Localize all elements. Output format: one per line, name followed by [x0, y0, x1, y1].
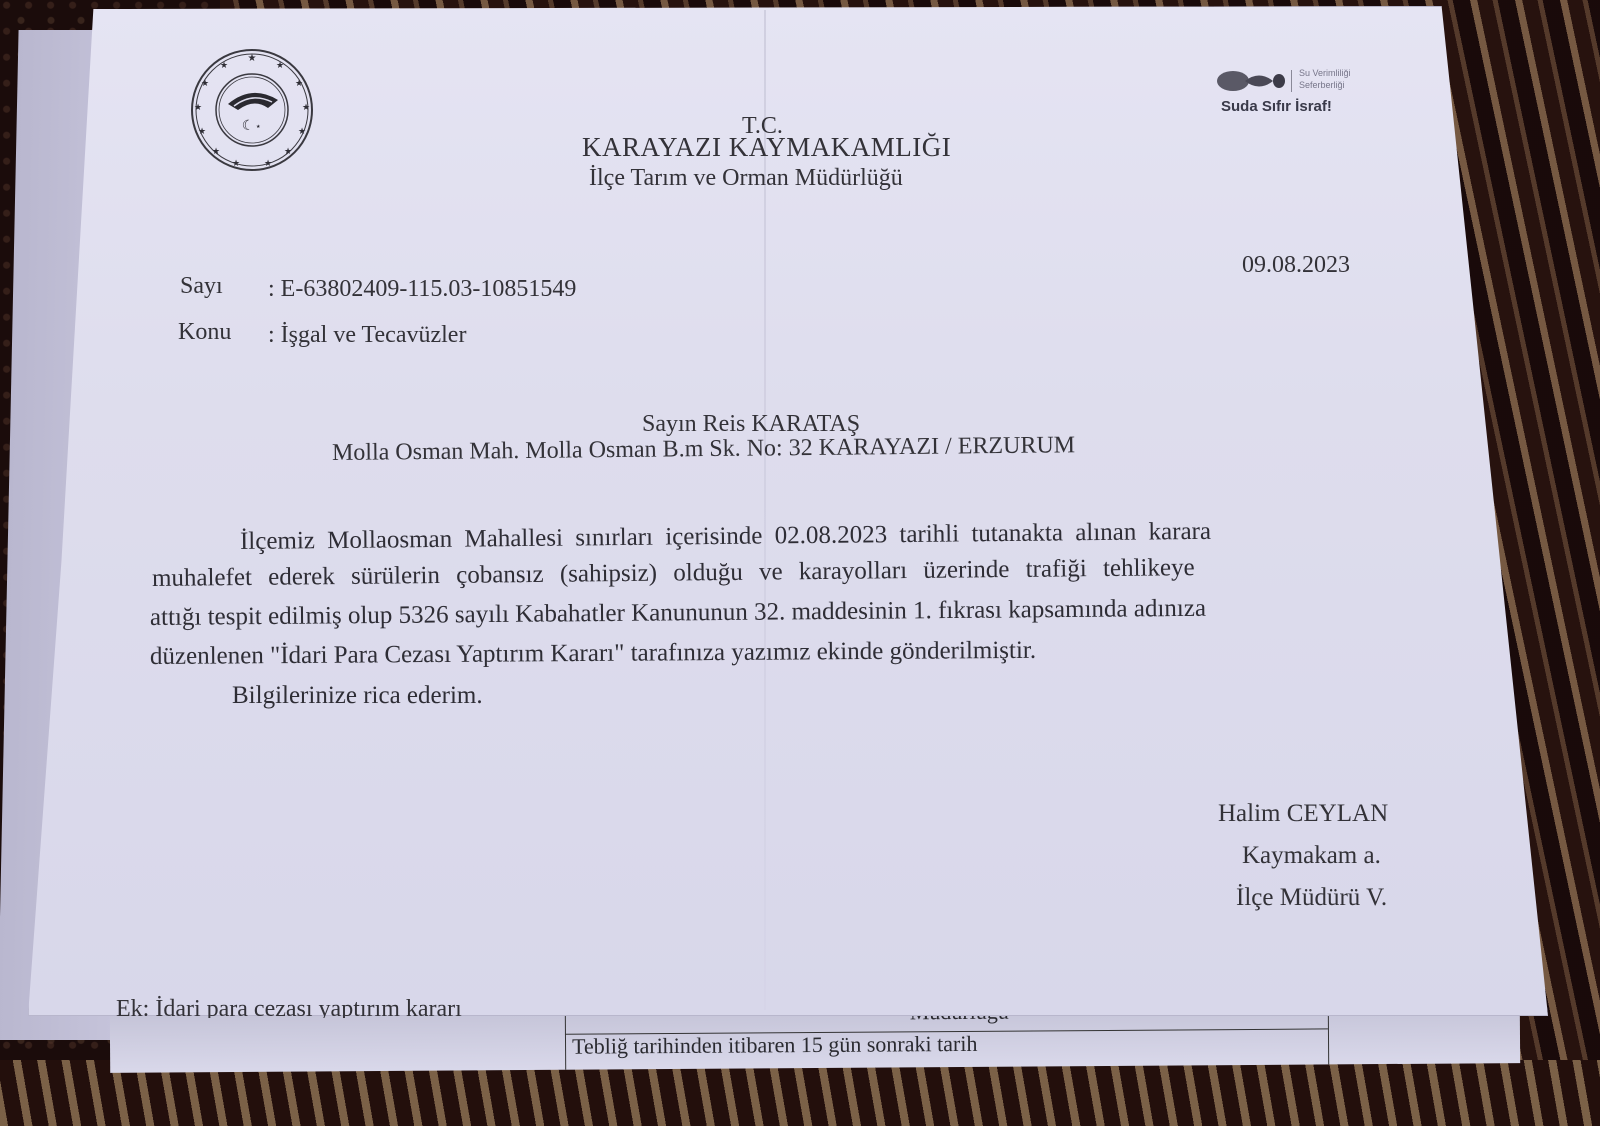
logo-line-2: Seferberliği	[1299, 80, 1345, 90]
recipient-address: Molla Osman Mah. Molla Osman B.m Sk. No:…	[332, 432, 1075, 467]
letter-document: ★ ★ ★ ★ ★ ★ ★ ★ ★ ★ ★ ★ ★ ☾ ★ Su Verimli…	[0, 0, 1600, 1126]
svg-text:★: ★	[284, 146, 292, 156]
subject-label: Konu	[178, 319, 231, 346]
svg-text:☾: ☾	[242, 119, 255, 134]
svg-text:★: ★	[248, 53, 257, 64]
logo-slogan: Suda Sıfır İsraf!	[1221, 98, 1332, 115]
body-line-2: muhalefet ederek sürülerin çobansız (sah…	[152, 554, 1195, 593]
number-label: Sayı	[180, 273, 223, 300]
header-authority: KARAYAZI KAYMAKAMLIĞI	[582, 132, 951, 163]
body-line-1: İlçemiz Mollaosman Mahallesi sınırları i…	[240, 518, 1211, 556]
svg-text:★: ★	[302, 102, 310, 112]
svg-text:★: ★	[295, 78, 303, 88]
body-closing: Bilgilerinize rica ederim.	[232, 682, 483, 710]
campaign-logo: Su Verimliliği Seferberliği Suda Sıfır İ…	[1215, 64, 1375, 124]
logo-line-1: Su Verimliliği	[1299, 68, 1351, 78]
body-line-4: düzenlenen "İdari Para Cezası Yaptırım K…	[150, 637, 1036, 671]
number-value: : E-63802409-115.03-10851549	[268, 276, 576, 303]
svg-text:★: ★	[220, 60, 228, 70]
header-department: İlçe Tarım ve Orman Müdürlüğü	[589, 165, 903, 192]
ministry-seal-icon: ★ ★ ★ ★ ★ ★ ★ ★ ★ ★ ★ ★ ★ ☾ ★	[188, 48, 316, 172]
svg-text:★: ★	[298, 126, 306, 136]
signatory-title-1: Kaymakam a.	[1242, 842, 1381, 870]
signatory-name: Halim CEYLAN	[1218, 800, 1388, 828]
svg-text:★: ★	[212, 146, 220, 156]
body-line-3: attığı tespit edilmiş olup 5326 sayılı K…	[150, 595, 1206, 632]
water-drop-icon	[1215, 68, 1293, 94]
letter-date: 09.08.2023	[1242, 252, 1350, 279]
svg-text:★: ★	[256, 124, 261, 130]
signatory-title-2: İlçe Müdürü V.	[1236, 884, 1387, 912]
attachment-note: Ek: İdari para cezası yaptırım kararı	[116, 996, 462, 1018]
svg-text:★: ★	[276, 60, 284, 70]
subject-value: : İşgal ve Tecavüzler	[268, 322, 466, 349]
svg-text:★: ★	[194, 102, 202, 112]
svg-text:★: ★	[232, 158, 240, 168]
attachment-clip: Ek: İdari para cezası yaptırım kararı	[112, 990, 572, 1018]
svg-text:★: ★	[201, 78, 209, 88]
svg-text:★: ★	[264, 158, 272, 168]
svg-text:★: ★	[198, 126, 206, 136]
